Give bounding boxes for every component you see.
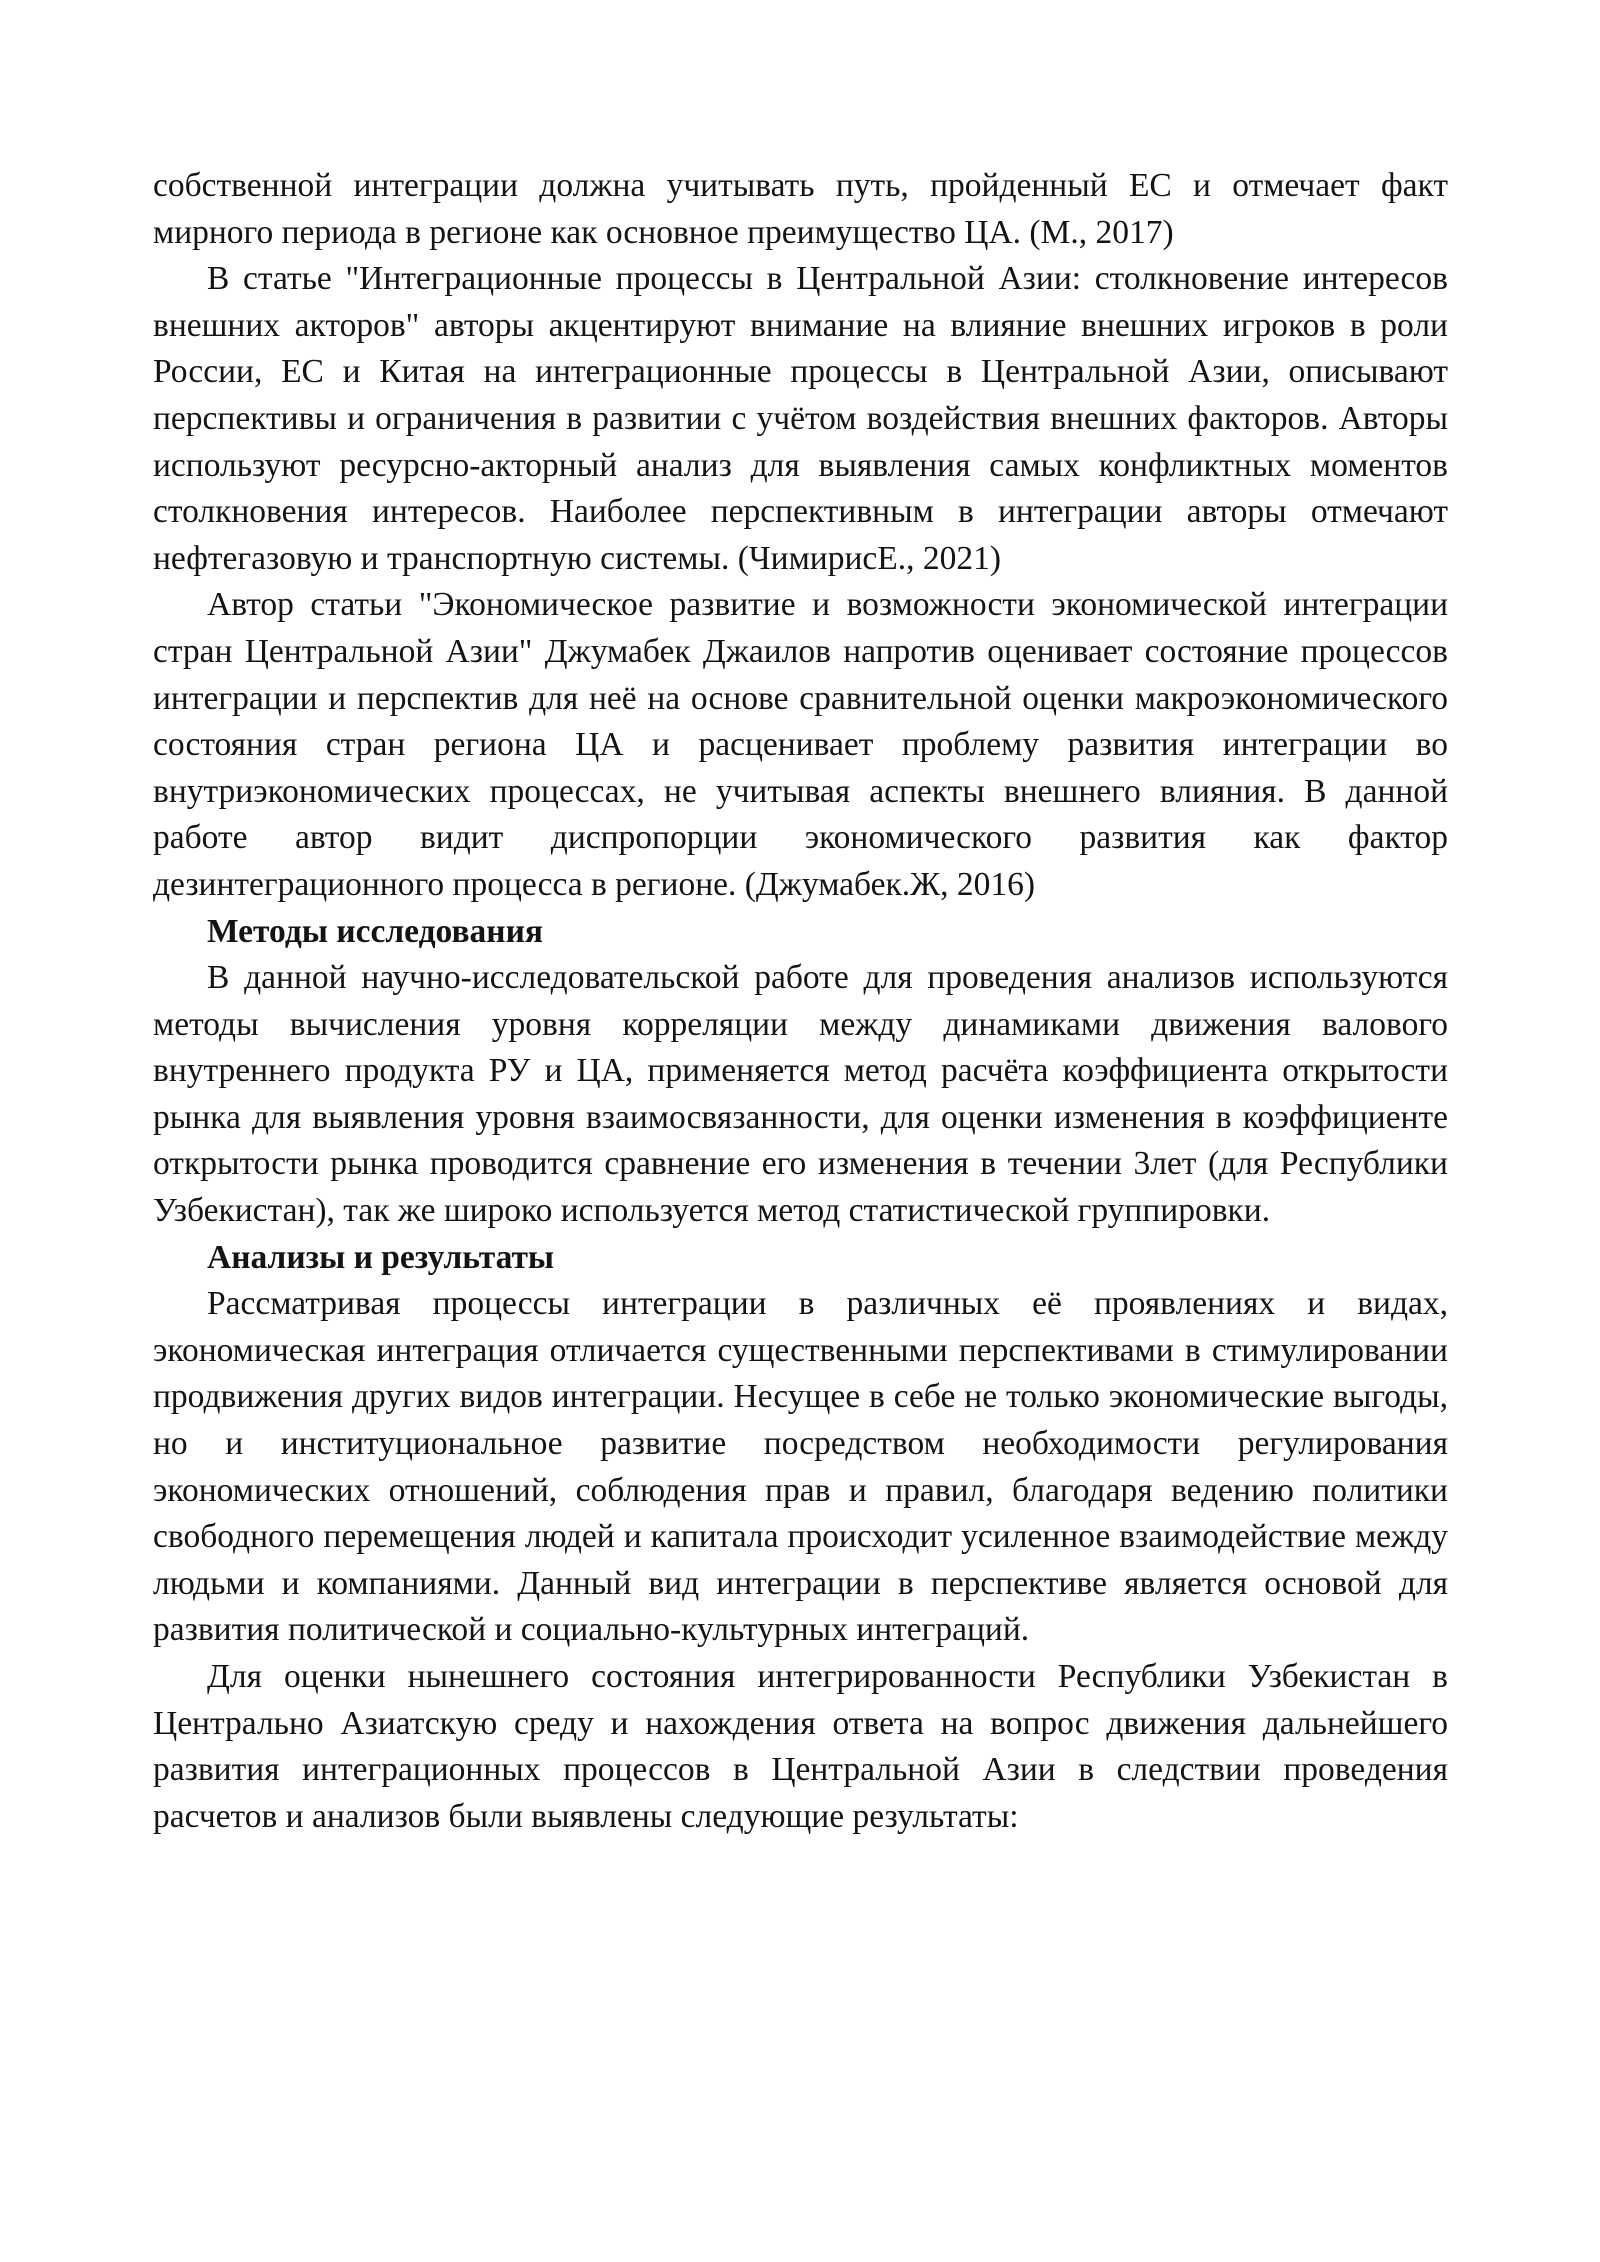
- section-heading-analysis-results: Анализы и результаты: [153, 1235, 1448, 1282]
- paragraph: Для оценки нынешнего состояния интегриро…: [153, 1654, 1448, 1840]
- paragraph-continuation: собственной интеграции должна учитывать …: [153, 163, 1448, 256]
- document-page: собственной интеграции должна учитывать …: [0, 0, 1600, 2262]
- paragraph: В данной научно-исследовательской работе…: [153, 955, 1448, 1235]
- paragraph: Рассматривая процессы интеграции в разли…: [153, 1281, 1448, 1654]
- paragraph: Автор статьи "Экономическое развитие и в…: [153, 582, 1448, 908]
- paragraph: В статье "Интеграционные процессы в Цент…: [153, 256, 1448, 582]
- section-heading-methods: Методы исследования: [153, 909, 1448, 956]
